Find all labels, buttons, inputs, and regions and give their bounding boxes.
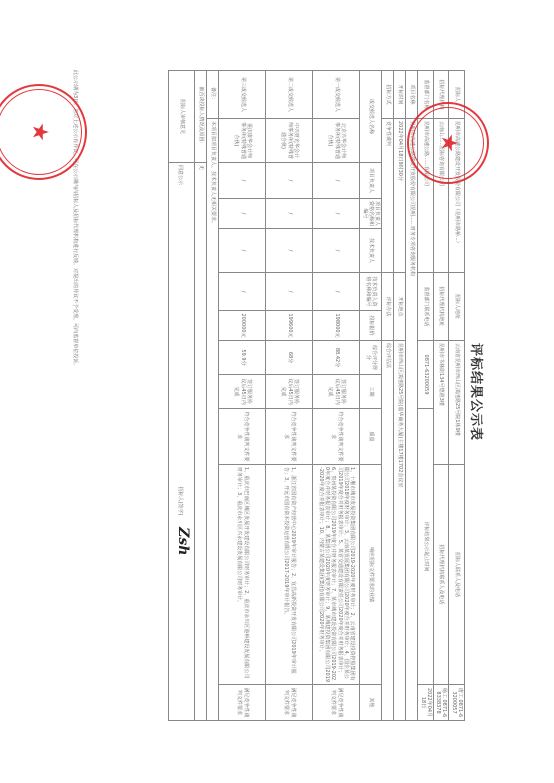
table-row: 第三成交候选人 重庆康华会计师事务所(特殊普通合伙) / / / / 20000… xyxy=(219,70,266,720)
bidder-pm-cert: / xyxy=(219,198,266,228)
bidder-name: 重庆康华会计师事务所(特殊普通合伙) xyxy=(219,118,266,162)
remarks-label: 备注： xyxy=(207,70,219,118)
col-header-other: 其他 xyxy=(360,684,382,720)
tender-method-label: 招标方式 xyxy=(382,70,394,118)
bidder-pm: / xyxy=(219,162,266,198)
bidder-price: 199600元 xyxy=(266,310,313,340)
bidder-score: 59.9分 xyxy=(219,340,266,374)
tender-method-value: 竞争性谈判 xyxy=(382,118,394,272)
col-header-performance: 响应招标文件要求的业绩 xyxy=(360,464,382,684)
bidder-pm-cert: / xyxy=(313,198,360,228)
signature: Zsh xyxy=(175,527,191,555)
col-header-pm-cert: 项目负责人资格名称和编号 xyxy=(360,198,382,228)
tenderer-contact-value: 唐工 0871-63200057 xyxy=(449,684,465,720)
bidder-period: 签订服务协议后45日内完成 xyxy=(266,374,313,408)
eval-method-label: 评标办法 xyxy=(382,272,394,340)
table-row: 第一成交候选人 北京兴华会计师事务所(特殊普通合伙) / / / / 19800… xyxy=(313,70,360,720)
col-header-tech-cert: 技术负责人资格名称和编号 xyxy=(360,272,382,310)
bidder-quality: 符合竞争性谈判文件要求 xyxy=(266,408,313,464)
bidder-other: 满足竞争性谈判文件要求 xyxy=(266,684,313,720)
bidder-tech: / xyxy=(266,228,313,272)
bidder-period: 签订服务协议后45日内完成 xyxy=(219,374,266,408)
bidder-rank: 第二成交候选人 xyxy=(266,70,313,118)
bidder-tech-cert: / xyxy=(266,272,313,310)
rejected-value: 无 xyxy=(195,162,207,720)
bidder-price: 198000元 xyxy=(313,310,360,340)
bidder-performance: 1、重庆市巴南区城区发展开发建设有限公司财务审计；2、重庆市永川区港桥建设发展有… xyxy=(219,464,266,684)
bidder-score: 88.42分 xyxy=(313,340,360,374)
bidder-performance: 1、浙江省国有资产经营中心2019年审计报告；2、宜昌高新投资开发有限公司201… xyxy=(266,464,313,684)
bidder-name: 中兴财光华会计师事务所(特殊普通合伙) xyxy=(266,118,313,162)
bidder-quality: 符合竞争性谈判文件要求 xyxy=(219,408,266,464)
bidder-pm-cert: / xyxy=(266,198,313,228)
open-place-label: 开标地点 xyxy=(394,272,406,340)
col-header-quality: 质量 xyxy=(360,408,382,464)
project-name-label: 项目名称 xyxy=(406,70,418,118)
open-time-value: 2022年04月18日9时30分 xyxy=(394,118,406,272)
rejected-label: 被否决投标人情况及原因： xyxy=(195,70,207,162)
bidder-performance: 具有合法有效的营业执照和《会计师事务所执业证书》，具备有效的执业许可1、十堰市城… xyxy=(313,464,360,684)
document-sheet: 评标结果公示表 招标人 昆明市高速公路建设开发股份有限公司（昆明市路桥...） … xyxy=(67,62,487,722)
publicity-time-value: 2022年04月18日 xyxy=(418,684,434,720)
bidder-other: 满足竞争性谈判文件要求 xyxy=(313,684,360,720)
col-header-tech: 技术负责人 xyxy=(360,228,382,272)
tenderer-seal-stamp: ★ xyxy=(407,102,489,184)
col-header-name: 成交候选人名称 xyxy=(360,70,382,162)
open-time-label: 开标时间 xyxy=(394,70,406,118)
col-header-period: 工期 xyxy=(360,374,382,408)
bidder-pm: / xyxy=(313,162,360,198)
bidder-tech-cert: / xyxy=(313,272,360,310)
tenderer-contact-label: 招标人联系人及电话 xyxy=(449,464,465,684)
bidder-rank: 第一成交候选人 xyxy=(313,70,360,118)
tenderer-opinion-label: 招标人审核意见 xyxy=(169,70,195,162)
supervisor-phone-label: 监督部门联系电话 xyxy=(418,272,434,340)
col-header-pm: 项目负责人 xyxy=(360,162,382,198)
signature-label: 招标人(签字) xyxy=(177,486,183,515)
table-row: 第二成交候选人 中兴财光华会计师事务所(特殊普通合伙) / / / / 1996… xyxy=(266,70,313,720)
col-header-score: 综合评分得分 xyxy=(360,340,382,374)
bidder-price: 200000元 xyxy=(219,310,266,340)
project-name-value: 昆明市高速公路建设开发股份有限公司昆明……财务专项咨询服务机构 xyxy=(406,118,418,720)
bidder-name: 北京兴华会计师事务所(特殊普通合伙) xyxy=(313,118,360,162)
publicity-time-label: 评标结果公示起止时间 xyxy=(418,408,434,684)
agency-address-label: 招标代理机构地址 xyxy=(434,272,450,340)
bidder-tech-cert: / xyxy=(219,272,266,310)
agency-address-value: 昆明市书林街134号德胜3楼 xyxy=(434,340,450,464)
remarks-value: 本项目拟项目负责人、技术负责人无相关要求。 xyxy=(207,118,219,720)
tenderer-address-label: 招标人地址 xyxy=(449,272,465,340)
tenderer-opinion-value: 同意公示 招标人(签字) Zsh xyxy=(169,162,195,720)
agency-contact-label: 招标代理机构联系人及电话 xyxy=(434,464,450,684)
bidder-period: 签订服务协议后45日内完成 xyxy=(313,374,360,408)
eval-method-value: 综合评估法 xyxy=(382,340,394,720)
bidder-rank: 第三成交候选人 xyxy=(219,70,266,118)
bidder-score: 68分 xyxy=(266,340,313,374)
agency-contact-value: 杨工 0871-68338378 xyxy=(434,684,450,720)
tenderer-address-value: 云南省昆明市西山区滇池路25号院1栋9楼 xyxy=(449,340,465,464)
col-header-price: 投标报价 xyxy=(360,310,382,340)
bidder-tech: / xyxy=(219,228,266,272)
bidder-quality: 符合竞争性谈判文件要求 xyxy=(313,408,360,464)
supervisor-phone-value: 0871-63200059 xyxy=(418,340,434,408)
open-place-value: 昆明市西山区滇池路25号院(嘉华商务大厦)主楼17楼1702会议室 xyxy=(394,340,406,720)
bidder-tech: / xyxy=(313,228,360,272)
bidder-pm: / xyxy=(266,162,313,198)
bidder-other: 满足竞争性谈判文件要求 xyxy=(219,684,266,720)
